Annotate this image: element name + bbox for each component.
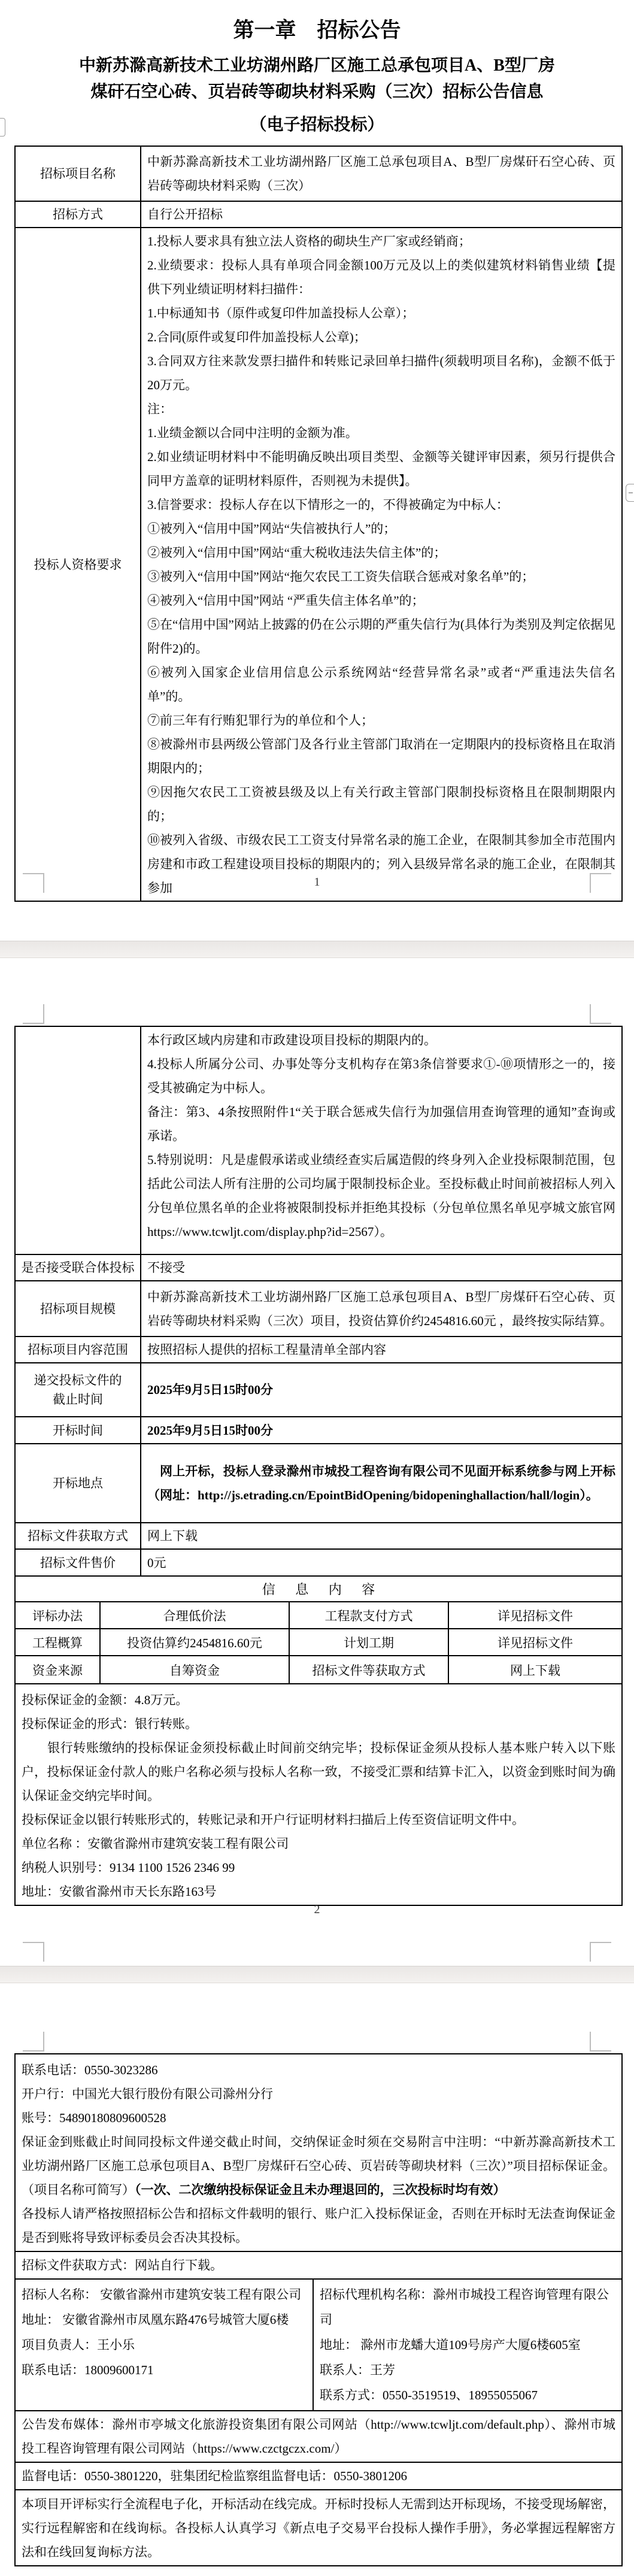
table-row: 评标办法 合理低价法 工程款支付方式 详见招标文件 bbox=[16, 1601, 621, 1628]
document-viewer: { "doc": { "chapter_title": "第一章 招标公告", … bbox=[0, 0, 634, 2576]
tender-info-table-part1: 招标项目名称 中新苏滁高新技术工业坊湖州路厂区施工总承包项目A、B型厂房煤矸石空… bbox=[14, 146, 623, 902]
subtitle-line-1: 中新苏滁高新技术工业坊湖州路厂区施工总承包项目A、B型厂房 bbox=[0, 53, 634, 79]
table-row: 招标方式 自行公开招标 bbox=[16, 201, 621, 227]
tender-info-table-part3: 联系电话：0550-3023286 开户行：中国光大银行股份有限公司滁州分行 账… bbox=[14, 2053, 623, 2566]
scroll-indicator[interactable] bbox=[626, 484, 634, 502]
doc-obtain-line: 招标文件获取方式：网站自行下载。 bbox=[16, 2252, 621, 2278]
margin-corner-mark bbox=[590, 2032, 611, 2051]
agency-phone: 联系方式：0550-3519519、18955055067 bbox=[320, 2383, 615, 2408]
table-row: 本项目开评标实行全流程电子化，开标活动在线完成。开标时投标人无需到达开标现场，不… bbox=[16, 2489, 621, 2565]
table-row: 招标文件获取方式：网站自行下载。 bbox=[16, 2251, 621, 2278]
tenderer-leader: 项目负责人：王小乐 bbox=[22, 2332, 307, 2357]
bid-opening-place-label: 开标地点 bbox=[16, 1444, 141, 1522]
table-row: 资金来源 自筹资金 招标文件等获取方式 网上下载 bbox=[16, 1655, 621, 1683]
evaluation-method-value: 合理低价法 bbox=[101, 1602, 290, 1628]
project-scope-value: 按照招标人提供的招标工程量清单全部内容 bbox=[141, 1337, 621, 1362]
tenderer-phone: 联系电话：18009600171 bbox=[22, 2357, 307, 2383]
doc-price-value: 0元 bbox=[141, 1550, 621, 1575]
subtitle-line-3: （电子招标投标） bbox=[0, 112, 634, 138]
agency-contact: 联系人：王芳 bbox=[320, 2357, 615, 2383]
qualification-label-continued bbox=[16, 1027, 141, 1254]
planned-duration-label: 计划工期 bbox=[290, 1629, 449, 1655]
scroll-indicator-dash bbox=[629, 492, 633, 493]
bid-opening-time-label: 开标时间 bbox=[16, 1417, 141, 1443]
fund-source-label: 资金来源 bbox=[16, 1656, 101, 1683]
table-row: 招标项目规模 中新苏滁高新技术工业坊湖州路厂区施工总承包项目A、B型厂房煤矸石空… bbox=[16, 1280, 621, 1336]
submission-deadline-label: 递交投标文件的 截止时间 bbox=[16, 1363, 141, 1416]
doc-obtain-label: 招标文件获取方式 bbox=[16, 1523, 141, 1548]
margin-corner-mark bbox=[23, 1004, 44, 1024]
payment-method-value: 详见招标文件 bbox=[449, 1602, 621, 1628]
table-row: 招标项目名称 中新苏滁高新技术工业坊湖州路厂区施工总承包项目A、B型厂房煤矸石空… bbox=[16, 147, 621, 201]
chapter-title: 第一章 招标公告 bbox=[0, 16, 634, 45]
margin-corner-mark bbox=[23, 1942, 44, 1962]
subtitle-line-2: 煤矸石空心砖、页岩砖等砌块材料采购（三次）招标公告信息 bbox=[0, 79, 634, 105]
table-row: 监督电话：0550-3801220，驻集团纪检监察组监督电话：0550-3801… bbox=[16, 2462, 621, 2489]
tender-info-table-part2: 本行政区域内房建和市政建设项目投标的期限内的。 4.投标人所属分公司、办事处等分… bbox=[14, 1026, 623, 1906]
table-row: 投标人资格要求 1.投标人要求具有独立法人资格的砌块生产厂家或经销商； 2.业绩… bbox=[16, 227, 621, 901]
tenderer-address: 地址： 安徽省滁州市凤凰东路476号城管大厦6楼 bbox=[22, 2307, 307, 2332]
table-row: 工程概算 投资估算约2454816.60元 计划工期 详见招标文件 bbox=[16, 1628, 621, 1655]
table-row: 投标保证金的金额：4.8万元。 投标保证金的形式：银行转账。 银行转账缴纳的投标… bbox=[16, 1683, 621, 1905]
evaluation-method-label: 评标办法 bbox=[16, 1602, 101, 1628]
qualification-content: 1.投标人要求具有独立法人资格的砌块生产厂家或经销商； 2.业绩要求：投标人具有… bbox=[141, 228, 621, 901]
qualification-content-continued: 本行政区域内房建和市政建设项目投标的期限内的。 4.投标人所属分公司、办事处等分… bbox=[141, 1027, 621, 1254]
joint-venture-label: 是否接受联合体投标 bbox=[16, 1255, 141, 1280]
tenderer-name: 招标人名称： 安徽省滁州市建筑安装工程有限公司 bbox=[22, 2282, 307, 2307]
joint-venture-value: 不接受 bbox=[141, 1255, 621, 1280]
doc-price-label: 招标文件售价 bbox=[16, 1550, 141, 1575]
budget-value: 投资估算约2454816.60元 bbox=[101, 1629, 290, 1655]
page-number: 1 bbox=[0, 875, 634, 889]
payment-method-label: 工程款支付方式 bbox=[290, 1602, 449, 1628]
table-row: 本行政区域内房建和市政建设项目投标的期限内的。 4.投标人所属分公司、办事处等分… bbox=[16, 1027, 621, 1254]
doc-obtain-value: 网上下载 bbox=[141, 1523, 621, 1548]
fund-source-value: 自筹资金 bbox=[101, 1656, 290, 1683]
table-row: 递交投标文件的 截止时间 2025年9月5日15时00分 bbox=[16, 1362, 621, 1416]
table-row: 开标地点 网上开标，投标人登录滁州市城投工程咨询有限公司不见面开标系统参与网上开… bbox=[16, 1443, 621, 1522]
tender-method-value: 自行公开招标 bbox=[141, 202, 621, 227]
tender-method-label: 招标方式 bbox=[16, 202, 141, 227]
table-row: 招标文件售价 0元 bbox=[16, 1548, 621, 1575]
table-row: 公告发布媒体：滁州市亭城文化旅游投资集团有限公司网站（http://www.tc… bbox=[16, 2410, 621, 2462]
planned-duration-value: 详见招标文件 bbox=[449, 1629, 621, 1655]
margin-corner-mark bbox=[23, 2032, 44, 2051]
project-scope-label: 招标项目内容范围 bbox=[16, 1337, 141, 1362]
doc-obtain-method-label: 招标文件等获取方式 bbox=[290, 1656, 449, 1683]
tenderer-info: 招标人名称： 安徽省滁州市建筑安装工程有限公司 地址： 安徽省滁州市凤凰东路47… bbox=[16, 2280, 314, 2410]
submission-deadline-value: 2025年9月5日15时00分 bbox=[141, 1363, 621, 1416]
doc-obtain-method-value: 网上下载 bbox=[449, 1656, 621, 1683]
page-2: 本行政区域内房建和市政建设项目投标的期限内的。 4.投标人所属分公司、办事处等分… bbox=[0, 958, 634, 1966]
page-separator bbox=[0, 941, 634, 958]
table-row: 招标人名称： 安徽省滁州市建筑安装工程有限公司 地址： 安徽省滁州市凤凰东路47… bbox=[16, 2278, 621, 2410]
table-row: 招标文件获取方式 网上下载 bbox=[16, 1522, 621, 1548]
page-separator bbox=[0, 1966, 634, 1983]
project-name-label: 招标项目名称 bbox=[16, 147, 141, 201]
table-row: 联系电话：0550-3023286 开户行：中国光大银行股份有限公司滁州分行 账… bbox=[16, 2054, 621, 2251]
table-row: 信 息 内 容 bbox=[16, 1575, 621, 1601]
project-name-value: 中新苏滁高新技术工业坊湖州路厂区施工总承包项目A、B型厂房煤矸石空心砖、页岩砖等… bbox=[141, 147, 621, 201]
margin-corner-mark bbox=[590, 1004, 611, 1024]
margin-corner-mark bbox=[590, 1942, 611, 1962]
agency-address: 地址： 滁州市龙蟠大道109号房产大厦6楼605室 bbox=[320, 2332, 615, 2357]
project-scale-value: 中新苏滁高新技术工业坊湖州路厂区施工总承包项目A、B型厂房煤矸石空心砖、页岩砖等… bbox=[141, 1281, 621, 1336]
agency-info: 招标代理机构名称：滁州市城投工程咨询管理有限公司 地址： 滁州市龙蟠大道109号… bbox=[314, 2280, 621, 2410]
bid-opening-time-value: 2025年9月5日15时00分 bbox=[141, 1417, 621, 1443]
bid-opening-place-value: 网上开标，投标人登录滁州市城投工程咨询有限公司不见面开标系统参与网上开标（网址：… bbox=[141, 1444, 621, 1522]
budget-label: 工程概算 bbox=[16, 1629, 101, 1655]
table-row: 开标时间 2025年9月5日15时00分 bbox=[16, 1416, 621, 1443]
table-row: 是否接受联合体投标 不接受 bbox=[16, 1254, 621, 1280]
bid-bond-info: 投标保证金的金额：4.8万元。 投标保证金的形式：银行转账。 银行转账缴纳的投标… bbox=[16, 1684, 621, 1905]
page-number: 2 bbox=[0, 1903, 634, 1917]
bond-note: 保证金到账截止时间同投标文件递交截止时间，交纳保证金时须在交易附言中注明：“中新… bbox=[22, 2130, 615, 2202]
info-content-header: 信 息 内 容 bbox=[16, 1577, 621, 1601]
page-3: 联系电话：0550-3023286 开户行：中国光大银行股份有限公司滁州分行 账… bbox=[0, 1983, 634, 2576]
supervision-phone: 监督电话：0550-3801220，驻集团纪检监察组监督电话：0550-3801… bbox=[16, 2463, 621, 2489]
table-row: 招标项目内容范围 按照招标人提供的招标工程量清单全部内容 bbox=[16, 1336, 621, 1362]
agency-name: 招标代理机构名称：滁州市城投工程咨询管理有限公司 bbox=[320, 2282, 615, 2332]
bid-bond-info-continued: 联系电话：0550-3023286 开户行：中国光大银行股份有限公司滁州分行 账… bbox=[16, 2054, 621, 2251]
e-bidding-notice: 本项目开评标实行全流程电子化，开标活动在线完成。开标时投标人无需到达开标现场，不… bbox=[16, 2490, 621, 2565]
page-1: 第一章 招标公告 中新苏滁高新技术工业坊湖州路厂区施工总承包项目A、B型厂房 煤… bbox=[0, 0, 634, 941]
project-scale-label: 招标项目规模 bbox=[16, 1281, 141, 1336]
document-subtitle: 中新苏滁高新技术工业坊湖州路厂区施工总承包项目A、B型厂房 煤矸石空心砖、页岩砖… bbox=[0, 53, 634, 138]
qualification-label: 投标人资格要求 bbox=[16, 228, 141, 901]
announcement-media: 公告发布媒体：滁州市亭城文化旅游投资集团有限公司网站（http://www.tc… bbox=[16, 2411, 621, 2462]
